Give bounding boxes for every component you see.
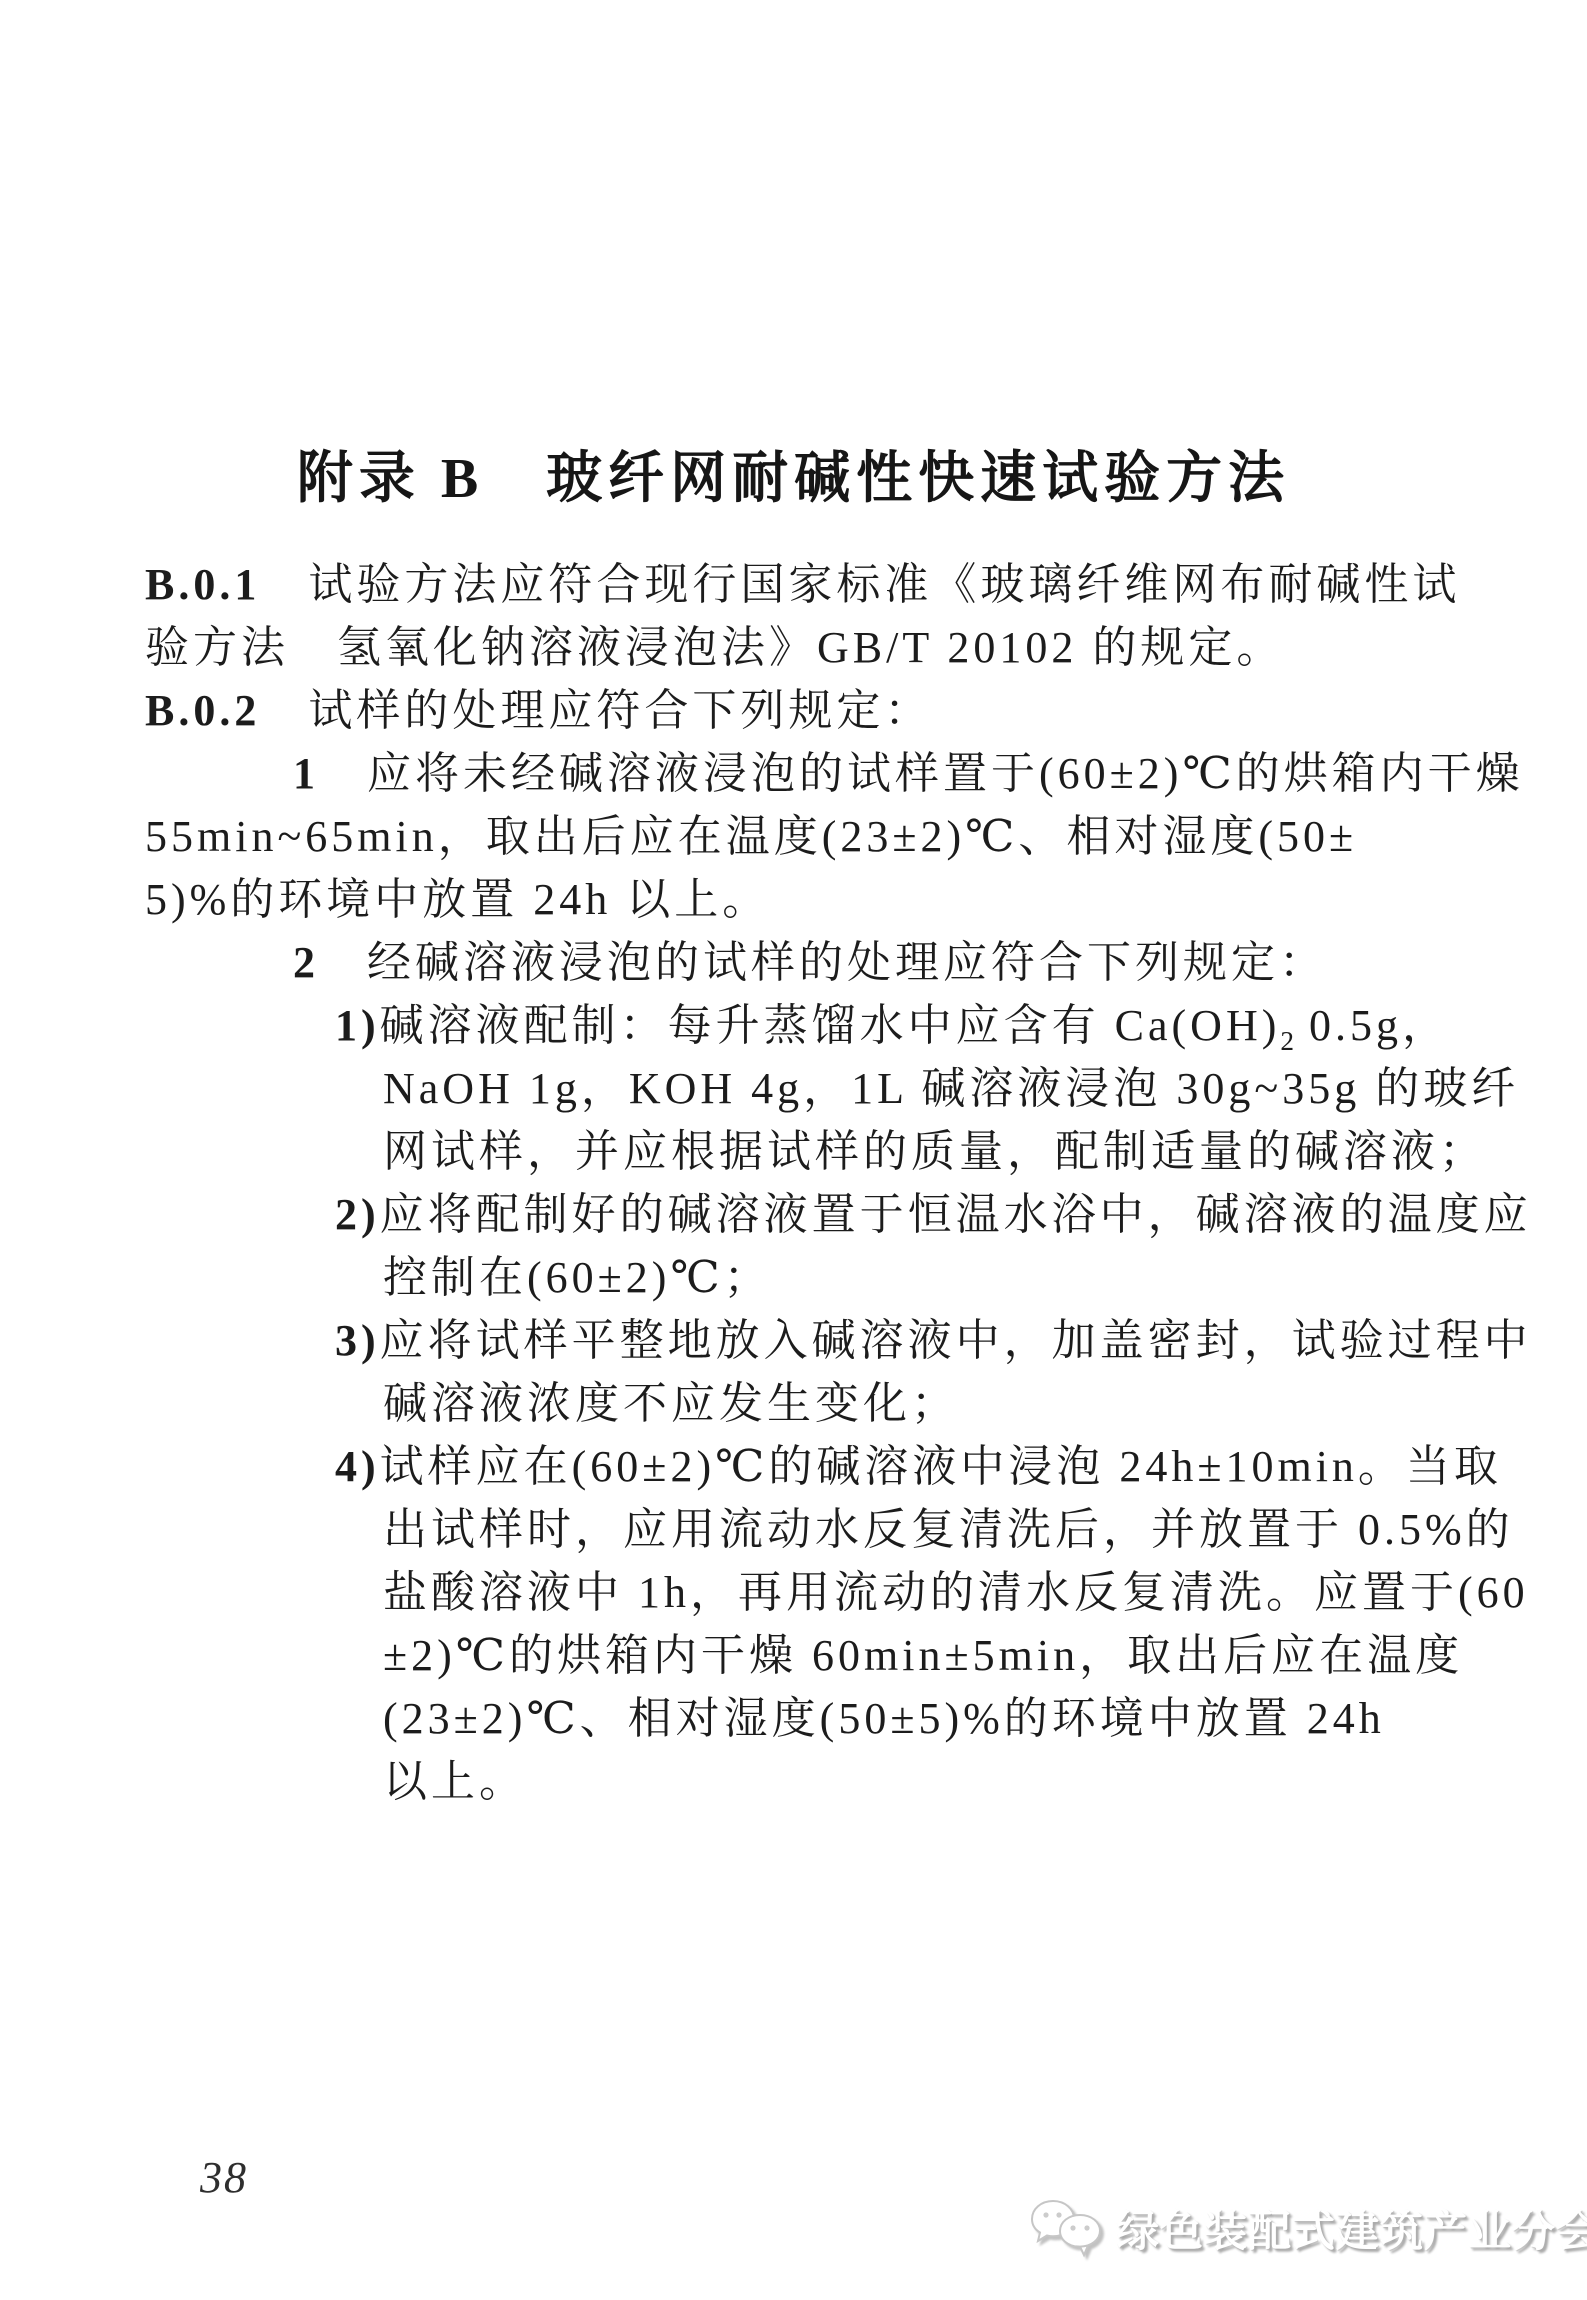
text-segment: 碱溶液浓度不应发生变化； (383, 1379, 959, 1428)
doc-line: 2)应将配制好的碱溶液置于恒温水浴中，碱溶液的温度应 (145, 1183, 1455, 1246)
text-segment: 2 (1280, 1026, 1294, 1056)
text-segment: B.0.1 (145, 560, 260, 609)
doc-line: 控制在(60±2)℃； (145, 1246, 1455, 1309)
text-segment: NaOH 1g，KOH 4g，1L 碱溶液浸泡 30g~35g 的玻纤 (383, 1064, 1519, 1113)
text-segment: 出试样时，应用流动水反复清洗后，并放置于 0.5%的 (383, 1505, 1514, 1554)
text-segment: 网试样，并应根据试样的质量，配制适量的碱溶液； (383, 1127, 1487, 1176)
text-segment: (23±2)℃、相对湿度(50±5)%的环境中放置 24h (383, 1694, 1385, 1743)
text-segment: 3) (335, 1316, 380, 1365)
footer-brand-text: 绿色装配式建筑产业分会 (1116, 2198, 1587, 2259)
text-segment: 应将试样平整地放入碱溶液中，加盖密封，试验过程中 (380, 1316, 1532, 1365)
text-segment: 试验方法应符合现行国家标准《玻璃纤维网布耐碱性试 (260, 560, 1460, 609)
document-title: 附录 B 玻纤网耐碱性快速试验方法 (0, 434, 1587, 514)
page-number: 38 (200, 2152, 248, 2203)
text-segment: 0.5g， (1294, 1001, 1450, 1050)
document-body: B.0.1 试验方法应符合现行国家标准《玻璃纤维网布耐碱性试验方法 氢氧化钠溶液… (145, 553, 1455, 1813)
doc-line: 网试样，并应根据试样的质量，配制适量的碱溶液； (145, 1120, 1455, 1183)
text-segment: ±2)℃的烘箱内干燥 60min±5min，取出后应在温度 (383, 1631, 1463, 1680)
text-segment: 2) (335, 1190, 380, 1239)
text-segment: 盐酸溶液中 1h，再用流动的清水反复清洗。应置于(60 (383, 1568, 1529, 1617)
text-segment: 试样应在(60±2)℃的碱溶液中浸泡 24h±10min。当取 (380, 1442, 1502, 1491)
wechat-icon (1028, 2197, 1108, 2259)
doc-line: 出试样时，应用流动水反复清洗后，并放置于 0.5%的 (145, 1498, 1455, 1561)
text-segment: 应将配制好的碱溶液置于恒温水浴中，碱溶液的温度应 (380, 1190, 1532, 1239)
doc-line: 碱溶液浓度不应发生变化； (145, 1372, 1455, 1435)
doc-line: ±2)℃的烘箱内干燥 60min±5min，取出后应在温度 (145, 1624, 1455, 1687)
text-segment: B.0.2 (145, 686, 260, 735)
document-page: 附录 B 玻纤网耐碱性快速试验方法 B.0.1 试验方法应符合现行国家标准《玻璃… (0, 0, 1587, 2300)
doc-line: 以上。 (145, 1750, 1455, 1813)
doc-line: 1 应将未经碱溶液浸泡的试样置于(60±2)℃的烘箱内干燥 (145, 742, 1455, 805)
text-segment: 以上。 (383, 1757, 527, 1806)
doc-line: B.0.2 试样的处理应符合下列规定： (145, 679, 1455, 742)
text-segment: 55min~65min，取出后应在温度(23±2)℃、相对湿度(50± (145, 812, 1357, 861)
text-segment: 应将未经碱溶液浸泡的试样置于(60±2)℃的烘箱内干燥 (319, 749, 1524, 798)
text-segment: 验方法 氢氧化钠溶液浸泡法》GB/T 20102 的规定。 (145, 623, 1284, 672)
text-segment: 1 (293, 749, 319, 798)
doc-line: (23±2)℃、相对湿度(50±5)%的环境中放置 24h (145, 1687, 1455, 1750)
text-segment: 碱溶液配制：每升蒸馏水中应含有 Ca(OH) (380, 1001, 1281, 1050)
doc-line: 3)应将试样平整地放入碱溶液中，加盖密封，试验过程中 (145, 1309, 1455, 1372)
doc-line: B.0.1 试验方法应符合现行国家标准《玻璃纤维网布耐碱性试 (145, 553, 1455, 616)
text-segment: 经碱溶液浸泡的试样的处理应符合下列规定： (319, 938, 1327, 987)
doc-line: 5)%的环境中放置 24h 以上。 (145, 868, 1455, 931)
doc-line: 验方法 氢氧化钠溶液浸泡法》GB/T 20102 的规定。 (145, 616, 1455, 679)
footer-watermark: 绿色装配式建筑产业分会 (1028, 2196, 1587, 2260)
doc-line: 55min~65min，取出后应在温度(23±2)℃、相对湿度(50± (145, 805, 1455, 868)
doc-line: NaOH 1g，KOH 4g，1L 碱溶液浸泡 30g~35g 的玻纤 (145, 1057, 1455, 1120)
text-segment: 5)%的环境中放置 24h 以上。 (145, 875, 770, 924)
doc-line: 4)试样应在(60±2)℃的碱溶液中浸泡 24h±10min。当取 (145, 1435, 1455, 1498)
text-segment: 4) (335, 1442, 380, 1491)
text-segment: 2 (293, 938, 319, 987)
text-segment: 控制在(60±2)℃； (383, 1253, 772, 1302)
text-segment: 1) (335, 1001, 380, 1050)
doc-line: 2 经碱溶液浸泡的试样的处理应符合下列规定： (145, 931, 1455, 994)
doc-line: 盐酸溶液中 1h，再用流动的清水反复清洗。应置于(60 (145, 1561, 1455, 1624)
text-segment: 试样的处理应符合下列规定： (260, 686, 932, 735)
doc-line: 1)碱溶液配制：每升蒸馏水中应含有 Ca(OH)2 0.5g， (145, 994, 1455, 1057)
